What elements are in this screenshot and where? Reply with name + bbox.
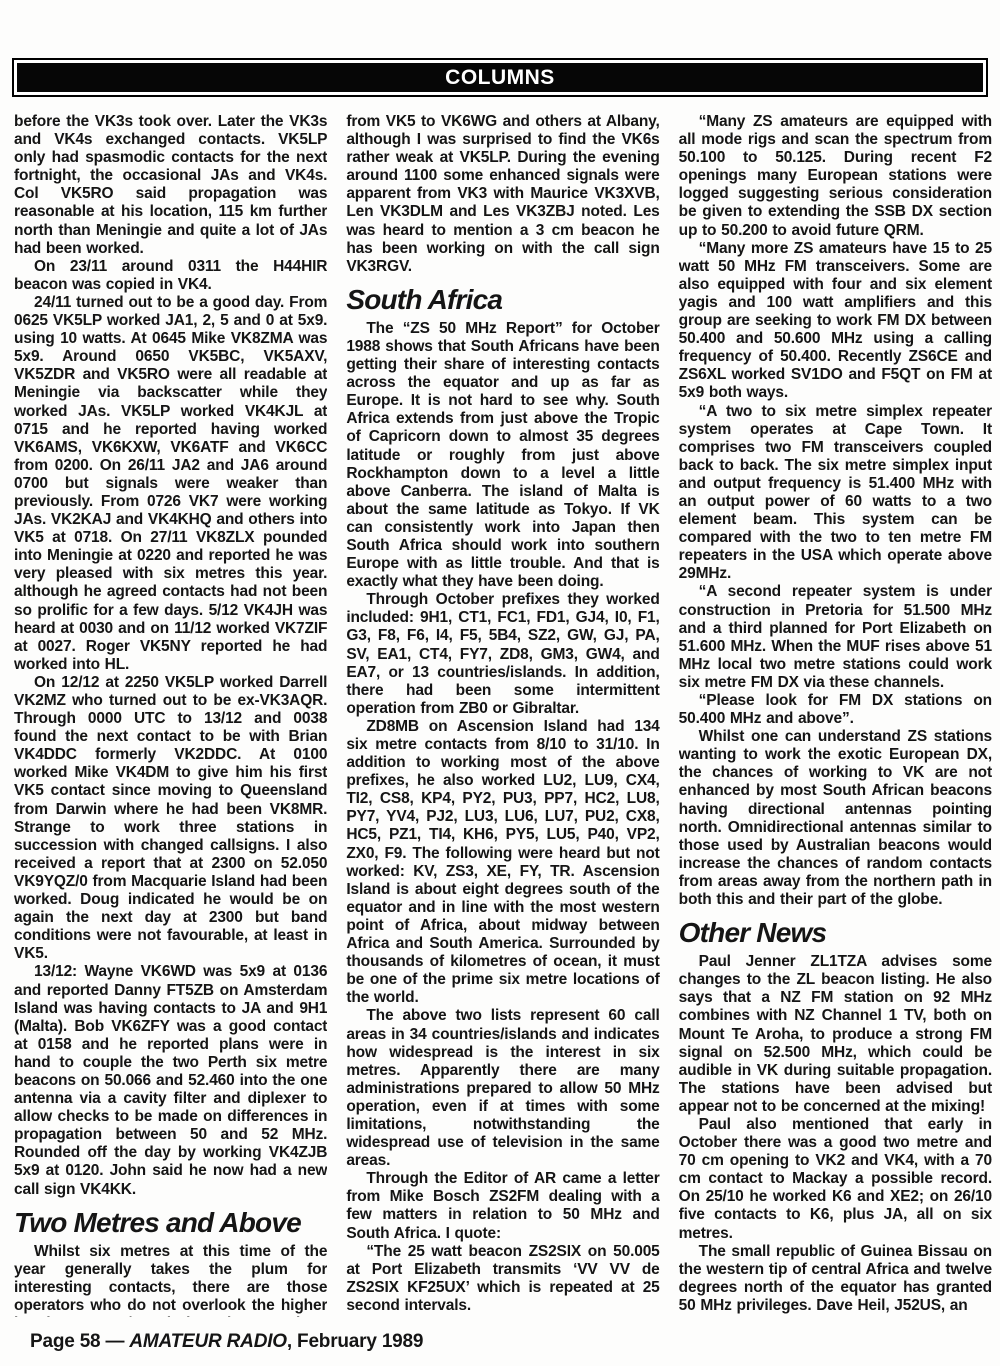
paragraph: 24/11 turned out to be a good day. From … xyxy=(14,294,327,674)
paragraph: “A second repeater system is under const… xyxy=(679,583,992,692)
paragraph: “A two to six metre simplex repeater sys… xyxy=(679,403,992,584)
paragraph: Through October prefixes they worked inc… xyxy=(346,591,659,718)
column-1: before the VK3s took over. Later the VK3… xyxy=(14,113,327,1317)
paragraph: On 12/12 at 2250 VK5LP worked Darrell VK… xyxy=(14,674,327,964)
paragraph: Whilst one can understand ZS stations wa… xyxy=(679,728,992,909)
footer-issue-date: , February 1989 xyxy=(287,1331,423,1352)
paragraph: “Many ZS amateurs are equipped with all … xyxy=(679,113,992,240)
page-title: COLUMNS xyxy=(445,66,555,90)
paragraph: Paul also mentioned that early in Octobe… xyxy=(679,1116,992,1243)
paragraph: “The 25 watt beacon ZS2SIX on 50.005 at … xyxy=(346,1243,659,1315)
section-heading: Two Metres and Above xyxy=(14,1208,327,1238)
columns-banner: COLUMNS xyxy=(12,58,988,97)
paragraph: ZD8MB on Ascension Island had 134 six me… xyxy=(346,718,659,1008)
column-3: “Many ZS amateurs are equipped with all … xyxy=(679,113,992,1317)
column-2: from VK5 to VK6WG and others at Albany, … xyxy=(346,113,659,1317)
paragraph: 13/12: Wayne VK6WD was 5x9 at 0136 and r… xyxy=(14,963,327,1198)
paragraph: “Please look for FM DX stations on 50.40… xyxy=(679,692,992,728)
paragraph: “Many more ZS amateurs have 15 to 25 wat… xyxy=(679,240,992,403)
page-footer: Page 58 — AMATEUR RADIO, February 1989 xyxy=(30,1331,423,1353)
section-heading: South Africa xyxy=(346,285,659,315)
paragraph: Through the Editor of AR came a letter f… xyxy=(346,1170,659,1242)
article-columns: before the VK3s took over. Later the VK3… xyxy=(14,113,992,1317)
footer-page-number: Page 58 — xyxy=(30,1331,129,1352)
paragraph: The above two lists represent 60 call ar… xyxy=(346,1007,659,1170)
paragraph: Paul Jenner ZL1TZA advises some changes … xyxy=(679,953,992,1116)
paragraph: before the VK3s took over. Later the VK3… xyxy=(14,113,327,258)
paragraph: The “ZS 50 MHz Report” for October 1988 … xyxy=(346,320,659,591)
footer-magazine-name: AMATEUR RADIO xyxy=(129,1331,286,1352)
paragraph: The small republic of Guinea Bissau on t… xyxy=(679,1243,992,1315)
columns-banner-inner: COLUMNS xyxy=(17,63,983,92)
section-heading: Other News xyxy=(679,918,992,948)
magazine-page: COLUMNS before the VK3s took over. Later… xyxy=(0,0,1000,1366)
paragraph: On 23/11 around 0311 the H44HIR beacon w… xyxy=(14,258,327,294)
paragraph: from VK5 to VK6WG and others at Albany, … xyxy=(346,113,659,276)
paragraph: Whilst six metres at this time of the ye… xyxy=(14,1243,327,1317)
